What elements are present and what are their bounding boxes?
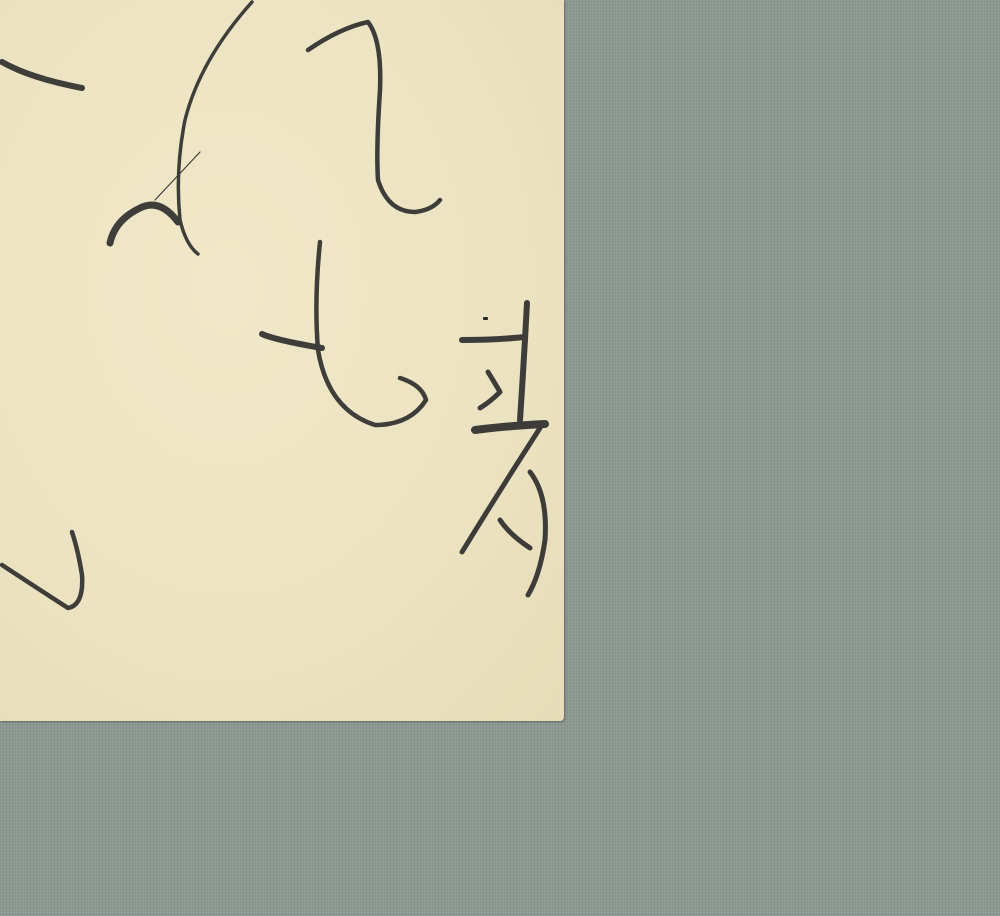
stroke-long-arc xyxy=(178,2,252,254)
stroke-shi xyxy=(316,242,426,425)
calligraphy-strokes xyxy=(0,0,1000,916)
stroke-signature xyxy=(462,337,525,340)
ink-dot xyxy=(483,317,488,320)
stroke-bottom-left xyxy=(2,532,82,608)
stroke-s-curve xyxy=(308,22,440,212)
stroke-top-left xyxy=(2,62,82,88)
stroke-hook xyxy=(110,205,178,243)
